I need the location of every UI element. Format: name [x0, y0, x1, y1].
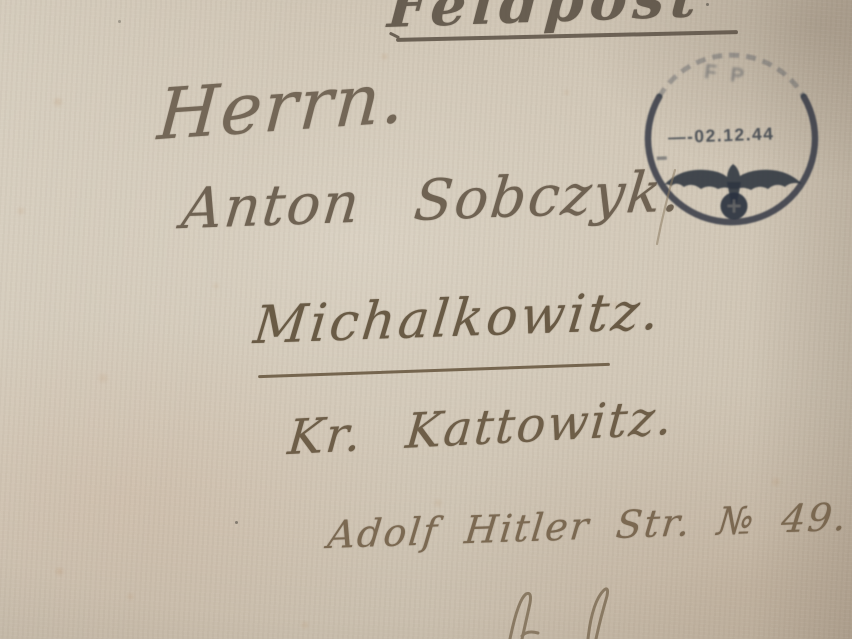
ink-speck: [118, 20, 121, 23]
ink-speck: [235, 521, 238, 524]
envelope-photo: Feldpost Herrn. Anton Sobczyk. Michalkow…: [0, 0, 852, 639]
foxing-spot: [562, 88, 571, 97]
foxing-spot: [770, 476, 782, 488]
salutation-line: Herrn.: [156, 62, 409, 150]
recipient-name-line: Anton Sobczyk.: [179, 164, 685, 238]
foxing-spot: [300, 620, 310, 630]
postmark-stamp: —-02.12.44 FP: [628, 32, 838, 247]
foxing-spot: [126, 592, 135, 601]
foxing-spot: [96, 372, 110, 384]
feldpost-heading: Feldpost: [386, 0, 704, 36]
foxing-spot: [432, 498, 444, 508]
foxing-spot: [52, 96, 64, 108]
foxing-spot: [16, 206, 26, 216]
postmark-date: —-02.12.44: [668, 123, 775, 147]
city-line: Michalkowitz.: [251, 286, 664, 352]
partial-handwriting-cutoff: [492, 586, 662, 639]
ink-speck: [706, 3, 709, 6]
foxing-spot: [212, 282, 220, 290]
foxing-spot: [54, 566, 65, 577]
postmark-top-text: FP: [703, 61, 759, 89]
